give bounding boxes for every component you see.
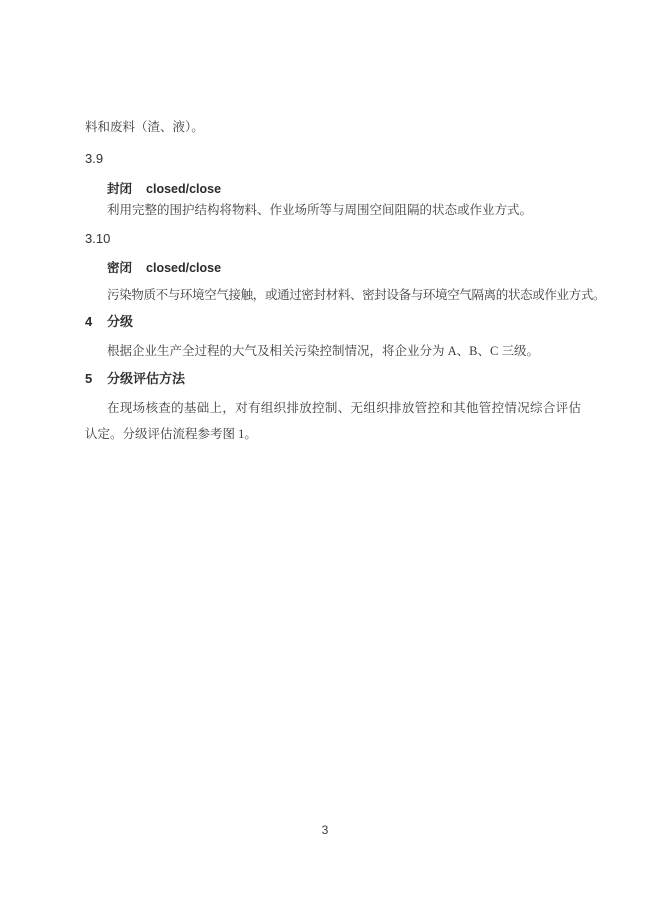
term-definition: 利用完整的围护结构将物料、作业场所等与周围空间阻隔的状态或作业方式。 [107,202,532,218]
term-entry-fengbi: 封闭closed/close [107,181,221,197]
section-heading-5: 5分级评估方法 [85,371,185,387]
section-number: 4 [85,314,107,330]
section-paragraph: 根据企业生产全过程的大气及相关污染控制情况，将企业分为 A、B、C 三级。 [107,343,539,359]
section-number: 5 [85,371,107,387]
page-number: 3 [0,823,650,837]
term-en: closed/close [146,182,221,196]
term-zh: 封闭 [107,182,132,196]
clause-number-3-10: 3.10 [85,231,110,247]
section-heading-4: 4分级 [85,314,133,330]
term-definition: 污染物质不与环境空气接触，或通过密封材料、密封设备与环境空气隔离的状态或作业方式… [107,287,605,303]
term-en: closed/close [146,261,221,275]
paragraph-continuation: 料和废料（渣、液）。 [85,119,204,135]
term-entry-mibi: 密闭closed/close [107,260,221,276]
document-page: 料和废料（渣、液）。 3.9 封闭closed/close 利用完整的围护结构将… [0,0,650,919]
section-paragraph: 在现场核查的基础上，对有组织排放控制、无组织排放管控和其他管控情况综合评估认定。… [85,395,581,447]
clause-number-3-9: 3.9 [85,151,103,167]
section-title: 分级 [107,314,133,329]
term-zh: 密闭 [107,261,132,275]
section-title: 分级评估方法 [107,371,185,386]
